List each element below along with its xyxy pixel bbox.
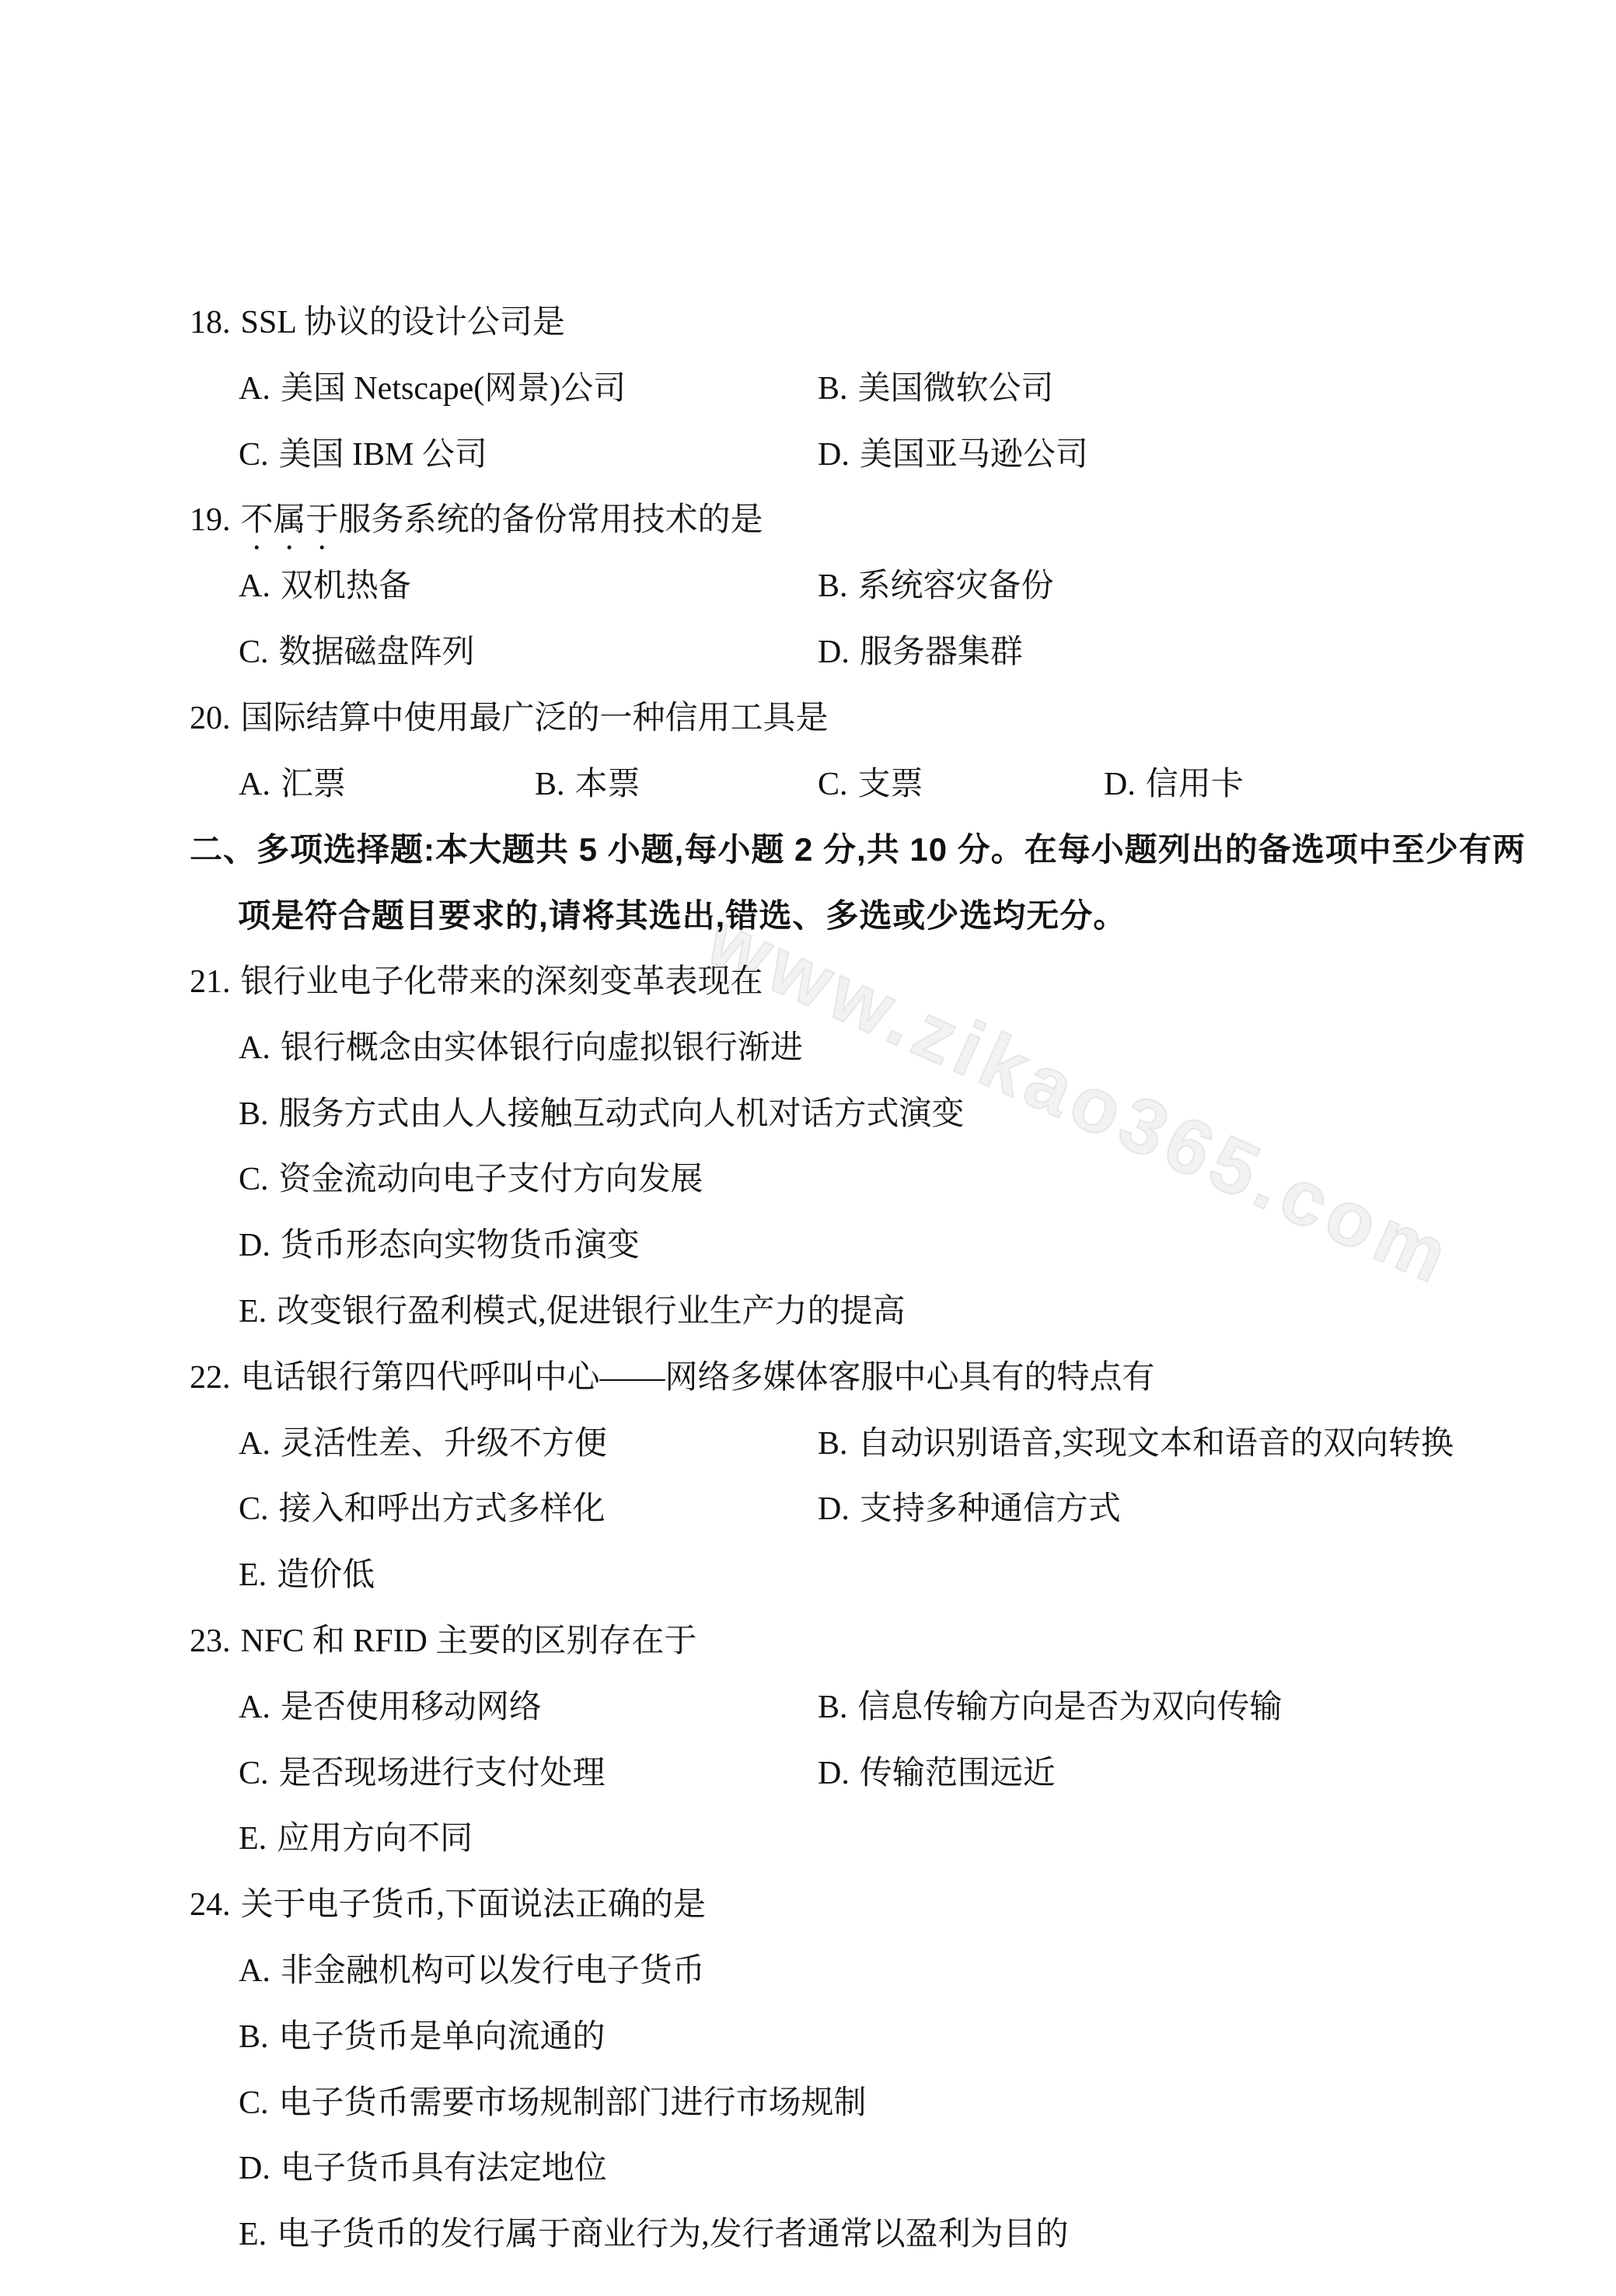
question-21-option-e: E.改变银行盈利模式,促进银行业生产力的提高 — [0, 1291, 1616, 1357]
section-2-header-line-2: 项是符合题目要求的,请将其选出,错选、多选或少选均无分。 — [0, 895, 1616, 961]
question-23-text: NFC 和 RFID 主要的区别存在于 — [241, 1623, 697, 1659]
question-24-option-e: E.电子货币的发行属于商业行为,发行者通常以盈利为目的 — [0, 2214, 1616, 2280]
question-19-options-row-1: A.双机热备B.系统容灾备份 — [0, 565, 1616, 631]
option-label: C. — [239, 1491, 269, 1527]
option-cell: D.支持多种通信方式 — [818, 1491, 1121, 1527]
question-24-option-a: A.非金融机构可以发行电子货币 — [0, 1950, 1616, 2016]
option-text: 传输范围远近 — [860, 1756, 1056, 1791]
question-21-text: 银行业电子化带来的深刻变革表现在 — [241, 964, 763, 1000]
question-18-title: 18.SSL 协议的设计公司是 — [0, 302, 1616, 368]
option-text: 服务器集群 — [860, 634, 1023, 670]
question-18-text: SSL 协议的设计公司是 — [241, 305, 565, 341]
option-label: B. — [818, 371, 848, 407]
question-21-option-c: C.资金流动向电子支付方向发展 — [0, 1158, 1616, 1225]
option-cell: B.本票 — [535, 764, 818, 806]
option-cell: C.美国 IBM 公司 — [239, 434, 818, 476]
option-label: A. — [239, 1030, 270, 1066]
option-text: 电子货币需要市场规制部门进行市场规制 — [279, 2085, 867, 2121]
question-24-number: 24. — [190, 1887, 231, 1923]
question-22-options-row-1: A.灵活性差、升级不方便B.自动识别语音,实现文本和语音的双向转换 — [0, 1423, 1616, 1489]
option-text: 数据磁盘阵列 — [279, 634, 475, 670]
option-label: D. — [1104, 767, 1136, 802]
question-21-option-d: D.货币形态向实物货币演变 — [0, 1225, 1616, 1291]
option-text: 服务方式由人人接触互动式向人机对话方式演变 — [279, 1096, 965, 1132]
option-label: B. — [239, 1096, 269, 1132]
option-label: B. — [818, 1690, 848, 1725]
option-text: 自动识别语音,实现文本和语音的双向转换 — [858, 1426, 1454, 1462]
option-label: D. — [239, 1228, 270, 1263]
question-19-text: 服务系统的备份常用技术的是 — [339, 502, 763, 538]
option-label: B. — [535, 767, 565, 802]
option-text: 货币形态向实物货币演变 — [281, 1228, 640, 1263]
question-23-options-row-2: C.是否现场进行支付处理D.传输范围远近 — [0, 1753, 1616, 1819]
option-text: 本票 — [575, 767, 640, 802]
option-text: 资金流动向电子支付方向发展 — [279, 1162, 703, 1197]
question-21-option-b: B.服务方式由人人接触互动式向人机对话方式演变 — [0, 1093, 1616, 1159]
option-label: A. — [239, 767, 270, 802]
question-21-number: 21. — [190, 964, 231, 1000]
option-text: 美国 Netscape(网景)公司 — [281, 371, 626, 407]
option-text: 灵活性差、升级不方便 — [281, 1426, 607, 1462]
question-24-option-d: D.电子货币具有法定地位 — [0, 2147, 1616, 2214]
question-20-options-row: A.汇票B.本票C.支票D.信用卡 — [0, 764, 1616, 830]
option-label: E. — [239, 1294, 267, 1330]
option-cell: A.是否使用移动网络 — [239, 1686, 818, 1728]
option-text: 信用卡 — [1146, 767, 1244, 802]
option-text: 应用方向不同 — [277, 1821, 473, 1857]
option-text: 改变银行盈利模式,促进银行业生产力的提高 — [277, 1294, 906, 1330]
question-24-option-c: C.电子货币需要市场规制部门进行市场规制 — [0, 2082, 1616, 2148]
option-label: C. — [818, 767, 848, 802]
option-label: B. — [239, 2019, 269, 2055]
option-label: D. — [239, 2151, 270, 2186]
option-cell: D.美国亚马逊公司 — [818, 437, 1088, 473]
option-label: E. — [239, 1557, 267, 1593]
option-label: E. — [239, 2217, 267, 2252]
question-23-option-e: E.应用方向不同 — [0, 1818, 1616, 1884]
option-text: 汇票 — [281, 767, 346, 802]
question-22-options-row-2: C.接入和呼出方式多样化D.支持多种通信方式 — [0, 1488, 1616, 1554]
question-19-title: 19.不属于服务系统的备份常用技术的是 — [0, 499, 1616, 565]
question-20-text: 国际结算中使用最广泛的一种信用工具是 — [241, 701, 829, 736]
option-text: 支持多种通信方式 — [860, 1491, 1121, 1527]
option-text: 电子货币具有法定地位 — [281, 2151, 607, 2186]
option-cell: D.信用卡 — [1104, 767, 1244, 802]
question-23-options-row-1: A.是否使用移动网络B.信息传输方向是否为双向传输 — [0, 1686, 1616, 1753]
option-cell: B.自动识别语音,实现文本和语音的双向转换 — [818, 1426, 1454, 1462]
question-24-text: 关于电子货币,下面说法正确的是 — [241, 1887, 707, 1923]
option-label: D. — [818, 437, 850, 473]
option-label: C. — [239, 634, 269, 670]
option-cell: B.美国微软公司 — [818, 371, 1054, 407]
option-label: A. — [239, 568, 270, 604]
option-label: C. — [239, 1162, 269, 1197]
option-cell: D.传输范围远近 — [818, 1756, 1056, 1791]
question-18-options-row-2: C.美国 IBM 公司D.美国亚马逊公司 — [0, 434, 1616, 500]
question-22-text: 电话银行第四代呼叫中心——网络多媒体客服中心具有的特点有 — [241, 1360, 1155, 1396]
option-label: C. — [239, 2085, 269, 2121]
question-22-option-e: E.造价低 — [0, 1554, 1616, 1620]
option-label: E. — [239, 1821, 267, 1857]
question-23-number: 23. — [190, 1623, 231, 1659]
option-text: 双机热备 — [281, 568, 411, 604]
option-text: 支票 — [858, 767, 923, 802]
question-24-option-b: B.电子货币是单向流通的 — [0, 2016, 1616, 2082]
exam-paper-page: { "colors": { "background": "#ffffff", "… — [0, 0, 1616, 2296]
option-label: D. — [818, 1491, 850, 1527]
option-cell: A.汇票 — [239, 764, 535, 806]
exam-content: 18.SSL 协议的设计公司是 A.美国 Netscape(网景)公司B.美国微… — [0, 302, 1616, 2280]
option-text: 信息传输方向是否为双向传输 — [858, 1690, 1283, 1725]
option-text: 电子货币是单向流通的 — [279, 2019, 606, 2055]
option-text: 电子货币的发行属于商业行为,发行者通常以盈利为目的 — [277, 2217, 1069, 2252]
option-cell: B.系统容灾备份 — [818, 568, 1054, 604]
question-19-emphasized-text: 不属于 — [241, 502, 339, 538]
option-text: 是否现场进行支付处理 — [279, 1756, 606, 1791]
question-18-number: 18. — [190, 305, 231, 341]
question-18-options-row-1: A.美国 Netscape(网景)公司B.美国微软公司 — [0, 368, 1616, 434]
option-label: A. — [239, 1690, 270, 1725]
option-label: C. — [239, 437, 269, 473]
option-cell: A.美国 Netscape(网景)公司 — [239, 368, 818, 410]
option-label: A. — [239, 1953, 270, 1989]
question-22-number: 22. — [190, 1360, 231, 1396]
option-text: 接入和呼出方式多样化 — [279, 1491, 606, 1527]
option-cell: D.服务器集群 — [818, 634, 1023, 670]
option-cell: A.灵活性差、升级不方便 — [239, 1423, 818, 1465]
question-21-title: 21.银行业电子化带来的深刻变革表现在 — [0, 961, 1616, 1027]
option-text: 系统容灾备份 — [858, 568, 1054, 604]
option-label: D. — [818, 634, 850, 670]
question-21-option-a: A.银行概念由实体银行向虚拟银行渐进 — [0, 1027, 1616, 1093]
option-text: 美国微软公司 — [858, 371, 1054, 407]
question-19-options-row-2: C.数据磁盘阵列D.服务器集群 — [0, 631, 1616, 697]
question-19-number: 19. — [190, 502, 231, 538]
option-label: B. — [818, 1426, 848, 1462]
option-cell: C.数据磁盘阵列 — [239, 631, 818, 673]
option-text: 非金融机构可以发行电子货币 — [281, 1953, 705, 1989]
option-label: B. — [818, 568, 848, 604]
question-22-title: 22.电话银行第四代呼叫中心——网络多媒体客服中心具有的特点有 — [0, 1357, 1616, 1423]
option-text: 美国 IBM 公司 — [279, 437, 487, 473]
option-text: 是否使用移动网络 — [281, 1690, 542, 1725]
question-20-title: 20.国际结算中使用最广泛的一种信用工具是 — [0, 697, 1616, 764]
option-label: A. — [239, 1426, 270, 1462]
option-label: C. — [239, 1756, 269, 1791]
section-2-header-line-1: 二、多项选择题:本大题共 5 小题,每小题 2 分,共 10 分。在每小题列出的… — [0, 829, 1616, 895]
question-23-title: 23.NFC 和 RFID 主要的区别存在于 — [0, 1620, 1616, 1686]
option-cell: C.是否现场进行支付处理 — [239, 1753, 818, 1795]
option-cell: C.支票 — [818, 764, 1104, 806]
option-cell: B.信息传输方向是否为双向传输 — [818, 1690, 1283, 1725]
option-label: A. — [239, 371, 270, 407]
question-24-title: 24.关于电子货币,下面说法正确的是 — [0, 1884, 1616, 1950]
question-20-number: 20. — [190, 701, 231, 736]
option-label: D. — [818, 1756, 850, 1791]
option-cell: A.双机热备 — [239, 565, 818, 607]
option-text: 美国亚马逊公司 — [860, 437, 1088, 473]
option-text: 银行概念由实体银行向虚拟银行渐进 — [281, 1030, 803, 1066]
option-text: 造价低 — [277, 1557, 375, 1593]
option-cell: C.接入和呼出方式多样化 — [239, 1488, 818, 1530]
